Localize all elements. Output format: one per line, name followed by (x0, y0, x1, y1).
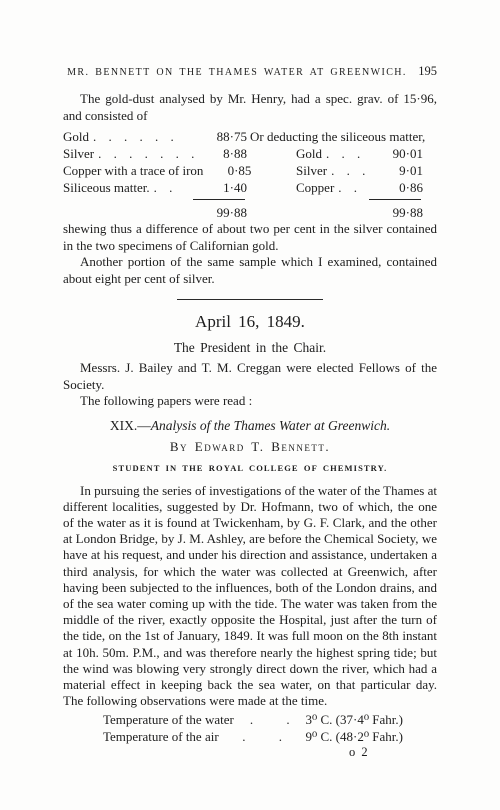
table-row: Copper with a trace of iron 0·85 (63, 162, 250, 179)
table-row: Siliceous matter. . . 1·40 (63, 179, 250, 196)
section-divider-rule (177, 299, 323, 300)
total-value: 99·88 (250, 204, 437, 221)
author-byline: By Edward T. Bennett. (63, 439, 437, 455)
book-page: MR. BENNETT ON THE THAMES WATER AT GREEN… (0, 0, 500, 810)
leader-dots: . . (219, 729, 306, 746)
table-row: Silver . . . . . . . 8·88 (63, 145, 250, 162)
table-total: 99·88 (63, 199, 250, 221)
paper-title: XIX.—Analysis of the Thames Water at Gre… (63, 418, 437, 434)
table-row: Gold . . . 90·01 (250, 145, 437, 162)
leader-dots: . . . (322, 145, 379, 162)
row-value: 88·75 (207, 128, 250, 145)
observation-label: Temperature of the air (103, 729, 219, 746)
leader-dots: . . . (327, 162, 379, 179)
row-value: 90·01 (379, 145, 437, 162)
observation-row: Temperature of the air . . 9⁰ C. (48·2⁰ … (103, 729, 403, 746)
page-number: 195 (411, 64, 437, 79)
running-header-title: MR. BENNETT ON THE THAMES WATER AT GREEN… (63, 67, 411, 78)
running-header: MR. BENNETT ON THE THAMES WATER AT GREEN… (63, 64, 437, 79)
row-value: 8·88 (207, 145, 250, 162)
leader-dots: . . (150, 179, 207, 196)
row-label: Copper (296, 179, 334, 196)
row-value: 0·85 (211, 162, 254, 179)
assay-table-left-column: Gold . . . . . . 88·75 Silver . . . . . … (63, 128, 250, 221)
row-label: Siliceous matter. (63, 179, 150, 196)
assay-table: Gold . . . . . . 88·75 Silver . . . . . … (63, 128, 437, 221)
row-value: 1·40 (207, 179, 250, 196)
leader-dots: . . . . . . . (94, 145, 207, 162)
paper-number: XIX.— (110, 418, 151, 433)
leader-dots: . . (334, 179, 379, 196)
observation-label: Temperature of the water (103, 712, 234, 729)
row-label: Gold (63, 128, 89, 145)
row-label: Copper with a trace of iron (63, 162, 203, 179)
president-chair-line: The President in the Chair. (63, 340, 437, 356)
observations-table: Temperature of the water . . 3⁰ C. (37·4… (103, 712, 403, 745)
observation-value: 9⁰ C. (48·2⁰ Fahr.) (306, 729, 403, 746)
total-value: 99·88 (63, 204, 250, 221)
papers-read-line: The following papers were read : (63, 393, 437, 410)
fellows-elected-paragraph: Messrs. J. Bailey and T. M. Creggan were… (63, 360, 437, 393)
row-value: 0·86 (379, 179, 437, 196)
row-label: Silver (296, 162, 327, 179)
table-total: 99·88 (250, 199, 437, 221)
observation-row: Temperature of the water . . 3⁰ C. (37·4… (103, 712, 403, 729)
assay-table-right-column: Or deducting the siliceous matter, Gold … (250, 128, 437, 221)
sum-rule (369, 199, 421, 200)
meeting-date-heading: April 16, 1849. (63, 312, 437, 332)
author-affiliation: STUDENT IN THE ROYAL COLLEGE OF CHEMISTR… (63, 463, 437, 473)
paper-title-text: Analysis of the Thames Water at Greenwic… (151, 418, 390, 433)
printer-signature-mark: o 2 (349, 745, 437, 760)
table-row: Silver . . . 9·01 (250, 162, 437, 179)
leader-dots: . . . . . . (89, 128, 207, 145)
row-value: 9·01 (379, 162, 437, 179)
row-label: Silver (63, 145, 94, 162)
paper-body-paragraph: In pursuing the series of investigations… (63, 483, 437, 710)
shewing-paragraph: shewing thus a difference of about two p… (63, 221, 437, 254)
row-label: Gold (296, 145, 322, 162)
sum-rule (193, 199, 245, 200)
table-row: Gold . . . . . . 88·75 (63, 128, 250, 145)
table-row: Copper . . 0·86 (250, 179, 437, 196)
leader-dots: . . (234, 712, 306, 729)
intro-paragraph: The gold-dust analysed by Mr. Henry, had… (63, 91, 437, 124)
table-heading: Or deducting the siliceous matter, (250, 128, 437, 145)
observation-value: 3⁰ C. (37·4⁰ Fahr.) (306, 712, 403, 729)
another-portion-paragraph: Another portion of the same sample which… (63, 254, 437, 287)
